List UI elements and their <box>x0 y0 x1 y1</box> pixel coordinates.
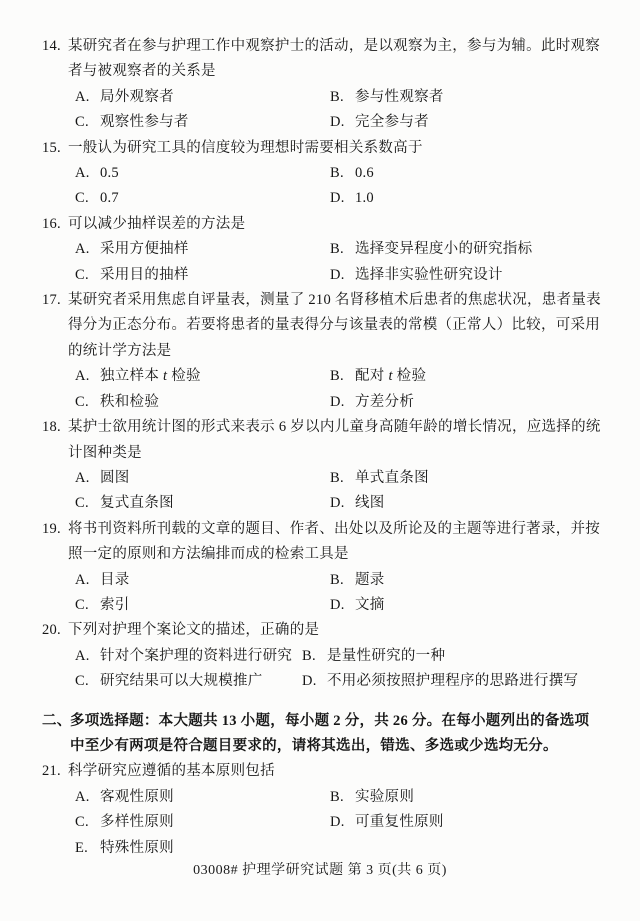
option-a: A.目录 <box>75 568 330 593</box>
question-14: 14. 某研究者在参与护理工作中观察护士的活动，是以观察为主，参与为辅。此时观察… <box>42 34 604 136</box>
option-label: D. <box>330 810 355 835</box>
section-number: 二、 <box>42 709 70 734</box>
option-a: A.针对个案护理的资料进行研究 <box>75 644 302 669</box>
option-text: 观察性参与者 <box>100 114 189 130</box>
question-stem: 科学研究应遵循的基本原则包括 <box>68 759 602 784</box>
option-label: A. <box>75 466 100 491</box>
option-b: B.参与性观察者 <box>330 85 604 110</box>
option-d: D.可重复性原则 <box>330 810 604 835</box>
option-b: B.单式直条图 <box>330 466 604 491</box>
option-text: 局外观察者 <box>100 89 174 105</box>
option-label: B. <box>302 644 327 669</box>
question-stem: 一般认为研究工具的信度较为理想时需要相关系数高于 <box>68 136 602 161</box>
option-d: D.选择非实验性研究设计 <box>330 263 604 288</box>
option-text: 针对个案护理的资料进行研究 <box>100 648 292 664</box>
option-label: B. <box>330 568 355 593</box>
option-c: C.0.7 <box>75 186 330 211</box>
option-text: 秩和检验 <box>100 394 159 410</box>
page-footer: 03008# 护理学研究试题 第 3 页(共 6 页) <box>0 858 640 883</box>
options-grid: A.局外观察者 B.参与性观察者 C.观察性参与者 D.完全参与者 <box>75 85 604 136</box>
option-a: A.采用方便抽样 <box>75 237 330 262</box>
option-text: 独立样本 t 检验 <box>100 368 201 384</box>
option-text: 题录 <box>355 572 385 588</box>
option-text: 采用目的抽样 <box>100 267 189 283</box>
option-label: C. <box>75 593 100 618</box>
question-stem: 某研究者采用焦虑自评量表，测量了 210 名肾移植术后患者的焦虑状况，患者量表得… <box>68 288 602 364</box>
option-d: D.方差分析 <box>330 390 604 415</box>
option-text: 特殊性原则 <box>100 840 174 856</box>
option-b: B.题录 <box>330 568 604 593</box>
option-a: A.客观性原则 <box>75 785 330 810</box>
question-number: 15. <box>42 136 68 161</box>
option-b: B.实验原则 <box>330 785 604 810</box>
option-a: A.局外观察者 <box>75 85 330 110</box>
section-2-heading: 二、 多项选择题：本大题共 13 小题，每小题 2 分，共 26 分。在每小题列… <box>42 709 604 760</box>
question-number: 19. <box>42 517 68 542</box>
option-text: 0.7 <box>100 190 119 206</box>
question-number: 17. <box>42 288 68 313</box>
option-label: A. <box>75 161 100 186</box>
option-c: C.复式直条图 <box>75 491 330 516</box>
option-label: B. <box>330 237 355 262</box>
option-text: 实验原则 <box>355 789 414 805</box>
option-text: 目录 <box>100 572 130 588</box>
option-label: A. <box>75 364 100 389</box>
option-text: 多样性原则 <box>100 814 174 830</box>
option-d: D.完全参与者 <box>330 110 604 135</box>
option-text: 不用必须按照护理程序的思路进行撰写 <box>327 673 578 689</box>
option-label: C. <box>75 186 100 211</box>
question-number: 20. <box>42 618 68 643</box>
option-text: 文摘 <box>355 597 385 613</box>
question-number: 16. <box>42 212 68 237</box>
option-a: A.0.5 <box>75 161 330 186</box>
option-text: 配对 t 检验 <box>355 368 426 384</box>
exam-page: 14. 某研究者在参与护理工作中观察护士的活动，是以观察为主，参与为辅。此时观察… <box>0 0 640 921</box>
option-c: C.研究结果可以大规模推广 <box>75 669 302 694</box>
options-grid: A.采用方便抽样 B.选择变异程度小的研究指标 C.采用目的抽样 D.选择非实验… <box>75 237 604 288</box>
option-label: A. <box>75 644 100 669</box>
option-label: C. <box>75 810 100 835</box>
options-grid: A.0.5 B.0.6 C.0.7 D.1.0 <box>75 161 604 212</box>
option-d: D.文摘 <box>330 593 604 618</box>
option-text: 选择变异程度小的研究指标 <box>355 241 532 257</box>
question-15: 15. 一般认为研究工具的信度较为理想时需要相关系数高于 A.0.5 B.0.6… <box>42 136 604 212</box>
option-text: 0.5 <box>100 165 119 181</box>
option-text: 是量性研究的一种 <box>327 648 445 664</box>
option-label: C. <box>75 110 100 135</box>
question-number: 21. <box>42 759 68 784</box>
option-label: C. <box>75 390 100 415</box>
question-19: 19. 将书刊资料所刊载的文章的题目、作者、出处以及所论及的主题等进行著录，并按… <box>42 517 604 619</box>
option-text: 客观性原则 <box>100 789 174 805</box>
option-text: 选择非实验性研究设计 <box>355 267 503 283</box>
option-a: A.圆图 <box>75 466 330 491</box>
question-21: 21. 科学研究应遵循的基本原则包括 A.客观性原则 B.实验原则 C.多样性原… <box>42 759 604 861</box>
option-label: D. <box>330 390 355 415</box>
option-label: D. <box>330 491 355 516</box>
option-label: C. <box>75 263 100 288</box>
option-text: 线图 <box>355 495 385 511</box>
option-b: B.选择变异程度小的研究指标 <box>330 237 604 262</box>
option-c: C.秩和检验 <box>75 390 330 415</box>
question-stem: 将书刊资料所刊载的文章的题目、作者、出处以及所论及的主题等进行著录，并按照一定的… <box>68 517 602 568</box>
option-text: 索引 <box>100 597 130 613</box>
question-number: 14. <box>42 34 68 59</box>
question-stem: 某研究者在参与护理工作中观察护士的活动，是以观察为主，参与为辅。此时观察者与被观… <box>68 34 602 85</box>
options-grid: A.针对个案护理的资料进行研究 B.是量性研究的一种 C.研究结果可以大规模推广… <box>75 644 604 695</box>
options-grid: A.目录 B.题录 C.索引 D.文摘 <box>75 568 604 619</box>
option-text: 参与性观察者 <box>355 89 444 105</box>
option-b: B.是量性研究的一种 <box>302 644 604 669</box>
question-stem: 可以减少抽样误差的方法是 <box>68 212 602 237</box>
options-grid: A.圆图 B.单式直条图 C.复式直条图 D.线图 <box>75 466 604 517</box>
question-number: 18. <box>42 415 68 440</box>
question-17: 17. 某研究者采用焦虑自评量表，测量了 210 名肾移植术后患者的焦虑状况，患… <box>42 288 604 415</box>
question-18: 18. 某护士欲用统计图的形式来表示 6 岁以内儿童身高随年龄的增长情况，应选择… <box>42 415 604 517</box>
option-text: 单式直条图 <box>355 470 429 486</box>
option-text: 0.6 <box>355 165 374 181</box>
option-text: 可重复性原则 <box>355 814 444 830</box>
option-text: 研究结果可以大规模推广 <box>100 673 263 689</box>
option-label: B. <box>330 364 355 389</box>
option-text: 圆图 <box>100 470 130 486</box>
question-16: 16. 可以减少抽样误差的方法是 A.采用方便抽样 B.选择变异程度小的研究指标… <box>42 212 604 288</box>
option-text: 复式直条图 <box>100 495 174 511</box>
option-label: A. <box>75 237 100 262</box>
option-label: B. <box>330 785 355 810</box>
question-20: 20. 下列对护理个案论文的描述，正确的是 A.针对个案护理的资料进行研究 B.… <box>42 618 604 694</box>
option-b: B.配对 t 检验 <box>330 364 604 389</box>
option-text: 完全参与者 <box>355 114 429 130</box>
question-stem: 下列对护理个案论文的描述，正确的是 <box>68 618 602 643</box>
option-label: D. <box>330 593 355 618</box>
option-c: C.采用目的抽样 <box>75 263 330 288</box>
option-label: C. <box>75 491 100 516</box>
option-label: D. <box>330 263 355 288</box>
option-label: B. <box>330 161 355 186</box>
section-instructions: 多项选择题：本大题共 13 小题，每小题 2 分，共 26 分。在每小题列出的备… <box>70 709 604 760</box>
option-label: A. <box>75 85 100 110</box>
option-text: 采用方便抽样 <box>100 241 189 257</box>
option-label: D. <box>302 669 327 694</box>
option-label: A. <box>75 568 100 593</box>
option-c: C.多样性原则 <box>75 810 330 835</box>
option-a: A.独立样本 t 检验 <box>75 364 330 389</box>
option-label: A. <box>75 785 100 810</box>
option-d: D.线图 <box>330 491 604 516</box>
option-label: D. <box>330 186 355 211</box>
option-d: D.1.0 <box>330 186 604 211</box>
option-c: C.观察性参与者 <box>75 110 330 135</box>
options-grid: A.独立样本 t 检验 B.配对 t 检验 C.秩和检验 D.方差分析 <box>75 364 604 415</box>
option-label: D. <box>330 110 355 135</box>
option-d: D.不用必须按照护理程序的思路进行撰写 <box>302 669 604 694</box>
option-text: 方差分析 <box>355 394 414 410</box>
option-label: B. <box>330 466 355 491</box>
option-label: C. <box>75 669 100 694</box>
options-grid: A.客观性原则 B.实验原则 C.多样性原则 D.可重复性原则 E.特殊性原则 <box>75 785 604 861</box>
option-b: B.0.6 <box>330 161 604 186</box>
option-c: C.索引 <box>75 593 330 618</box>
question-stem: 某护士欲用统计图的形式来表示 6 岁以内儿童身高随年龄的增长情况，应选择的统计图… <box>68 415 602 466</box>
option-text: 1.0 <box>355 190 374 206</box>
option-label: B. <box>330 85 355 110</box>
